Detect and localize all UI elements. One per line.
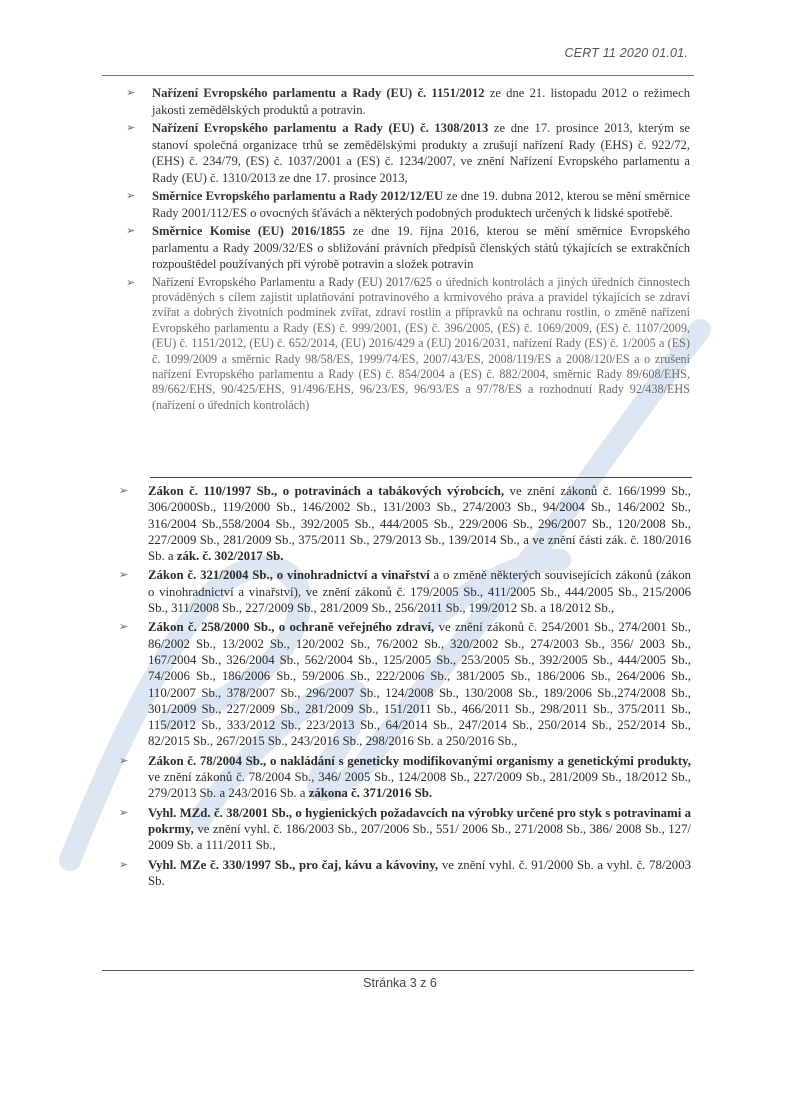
regulation-title: Směrnice Komise (EU) 2016/1855 <box>152 224 345 238</box>
arrow-bullet-icon: ➢ <box>119 753 128 769</box>
arrow-bullet-icon: ➢ <box>119 619 128 635</box>
arrow-bullet-icon: ➢ <box>119 857 128 873</box>
law-text: ve znění vyhl. č. 186/2003 Sb., 207/2006… <box>148 822 691 852</box>
list-item: ➢Směrnice Komise (EU) 2016/1855 ze dne 1… <box>152 223 690 273</box>
regulation-title: Nařízení Evropského Parlamentu a Rady (E… <box>152 275 432 289</box>
arrow-bullet-icon: ➢ <box>119 567 128 583</box>
list-item: ➢Nařízení Evropského Parlamentu a Rady (… <box>152 275 690 414</box>
list-item: ➢Zákon č. 258/2000 Sb., o ochraně veřejn… <box>148 619 691 749</box>
arrow-bullet-icon: ➢ <box>126 275 135 290</box>
regulation-title: Směrnice Evropského parlamentu a Rady 20… <box>152 189 443 203</box>
czech-laws-list: ➢Zákon č. 110/1997 Sb., o potravinách a … <box>148 483 691 892</box>
document-page: CERT 11 2020 01.01. ➢Nařízení Evropského… <box>0 0 800 1100</box>
section-divider <box>150 477 692 478</box>
arrow-bullet-icon: ➢ <box>119 483 128 499</box>
law-title-tail: zák. č. 302/2017 Sb. <box>177 549 284 563</box>
page-number: Stránka 3 z 6 <box>0 976 800 990</box>
list-item: ➢Směrnice Evropského parlamentu a Rady 2… <box>152 188 690 221</box>
law-title: Zákon č. 258/2000 Sb., o ochraně veřejné… <box>148 620 434 634</box>
header-divider <box>102 75 694 76</box>
law-title: Zákon č. 110/1997 Sb., o potravinách a t… <box>148 484 504 498</box>
list-item: ➢Nařízení Evropského parlamentu a Rady (… <box>152 85 690 118</box>
arrow-bullet-icon: ➢ <box>126 223 135 240</box>
arrow-bullet-icon: ➢ <box>119 805 128 821</box>
document-code: CERT 11 2020 01.01. <box>564 46 688 60</box>
list-item: ➢Zákon č. 78/2004 Sb., o nakládání s gen… <box>148 753 691 802</box>
law-text: ve znění zákonů č. 254/2001 Sb., 274/200… <box>148 620 691 748</box>
law-title: Vyhl. MZe č. 330/1997 Sb., pro čaj, kávu… <box>148 858 438 872</box>
law-title-tail: zákona č. 371/2016 Sb. <box>309 786 432 800</box>
list-item: ➢Vyhl. MZd. č. 38/2001 Sb., o hygienický… <box>148 805 691 854</box>
list-item: ➢Vyhl. MZe č. 330/1997 Sb., pro čaj, káv… <box>148 857 691 890</box>
list-item: ➢Zákon č. 110/1997 Sb., o potravinách a … <box>148 483 691 564</box>
list-item: ➢Nařízení Evropského parlamentu a Rady (… <box>152 120 690 186</box>
list-item: ➢Zákon č. 321/2004 Sb., o vinohradnictví… <box>148 567 691 616</box>
arrow-bullet-icon: ➢ <box>126 85 135 102</box>
arrow-bullet-icon: ➢ <box>126 120 135 137</box>
regulation-text: o úředních kontrolách a jiných úředních … <box>152 275 690 412</box>
footer-divider <box>102 970 694 971</box>
regulation-title: Nařízení Evropského parlamentu a Rady (E… <box>152 121 488 135</box>
law-title: Zákon č. 78/2004 Sb., o nakládání s gene… <box>148 754 691 768</box>
arrow-bullet-icon: ➢ <box>126 188 135 205</box>
regulation-title: Nařízení Evropského parlamentu a Rady (E… <box>152 86 485 100</box>
eu-regulations-list: ➢Nařízení Evropského parlamentu a Rady (… <box>152 85 690 415</box>
law-title: Zákon č. 321/2004 Sb., o vinohradnictví … <box>148 568 430 582</box>
